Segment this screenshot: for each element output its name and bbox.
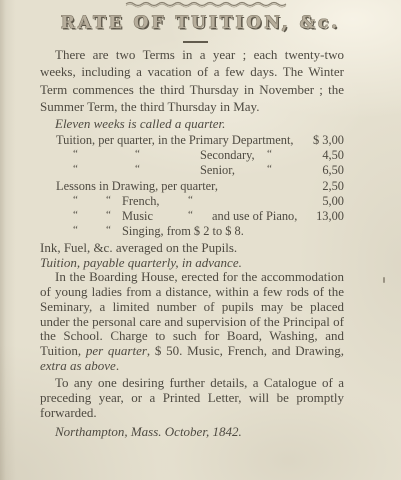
boarding-paragraph: In the Boarding House, erected for the a… <box>40 270 344 374</box>
ditto-mark: “ <box>106 209 111 221</box>
catalogue-paragraph: To any one desiring further details, a C… <box>40 375 344 421</box>
wavy-rule-ornament-icon <box>124 0 294 9</box>
ditto-mark: “ <box>106 194 111 206</box>
ditto-mark: “ <box>267 163 272 175</box>
row-label: Singing, from $ 2 to $ 8. <box>122 224 244 239</box>
ditto-mark: “ <box>135 163 140 175</box>
quarter-note: Eleven weeks is called a quarter. <box>40 116 344 132</box>
ink-fuel-note: Ink, Fuel, &c. averaged on the Pupils. <box>40 240 344 255</box>
ink-speck <box>383 277 385 283</box>
tuition-table: Tuition, per quarter, in the Primary Dep… <box>40 133 344 240</box>
row-amount: $ 3,00 <box>313 133 344 148</box>
row-label: Music <box>122 209 153 224</box>
intro-paragraph: There are two Terms in a year ; each twe… <box>40 46 344 116</box>
row-amount: 5,00 <box>322 194 344 209</box>
ditto-mark: “ <box>73 209 78 221</box>
tuition-row-senior: “ “ Senior, “ 6,50 <box>40 163 344 178</box>
tuition-row-singing: “ “ Singing, from $ 2 to $ 8. <box>40 224 344 239</box>
row-amount: 6,50 <box>322 163 344 178</box>
row-amount: 13,00 <box>316 209 344 224</box>
ditto-mark: “ <box>73 148 78 160</box>
ditto-mark: “ <box>73 194 78 206</box>
tuition-row-drawing: Lessons in Drawing, per quarter, 2,50 <box>40 179 344 194</box>
title-underline-rule <box>183 41 208 43</box>
row-label-extra: and use of Piano, <box>212 209 297 224</box>
signature-line: Northampton, Mass. October, 1842. <box>40 424 344 440</box>
row-label: Senior, <box>200 163 235 178</box>
tuition-row-primary: Tuition, per quarter, in the Primary Dep… <box>40 133 344 148</box>
boarding-italic-1: per quarter <box>86 343 147 358</box>
scanned-document-page: RATE OF TUITION, &c. There are two Terms… <box>0 0 401 480</box>
document-body: There are two Terms in a year ; each twe… <box>40 46 344 440</box>
row-label: French, <box>122 194 160 209</box>
ditto-mark: “ <box>135 148 140 160</box>
ditto-mark: “ <box>188 194 193 206</box>
row-label: Secondary, <box>200 148 255 163</box>
boarding-text-2: , $ 50. Music, French, and Drawing, <box>147 343 344 358</box>
row-label: Lessons in Drawing, per quarter, <box>56 179 218 194</box>
tuition-row-french: “ “ French, “ 5,00 <box>40 194 344 209</box>
boarding-italic-2: extra as above <box>40 358 116 373</box>
tuition-row-music: “ “ Music “ and use of Piano, 13,00 <box>40 209 344 224</box>
tuition-row-secondary: “ “ Secondary, “ 4,50 <box>40 148 344 163</box>
payment-note: Tuition, payable quarterly, in advance. <box>40 255 344 270</box>
row-amount: 2,50 <box>322 179 344 194</box>
ditto-mark: “ <box>188 209 193 221</box>
boarding-text-3: . <box>116 358 119 373</box>
row-amount: 4,50 <box>322 148 344 163</box>
ditto-mark: “ <box>73 163 78 175</box>
page-title: RATE OF TUITION, &c. <box>0 13 401 33</box>
ditto-mark: “ <box>106 224 111 236</box>
ditto-mark: “ <box>267 148 272 160</box>
ditto-mark: “ <box>73 224 78 236</box>
row-label: Tuition, per quarter, in the Primary Dep… <box>56 133 294 148</box>
